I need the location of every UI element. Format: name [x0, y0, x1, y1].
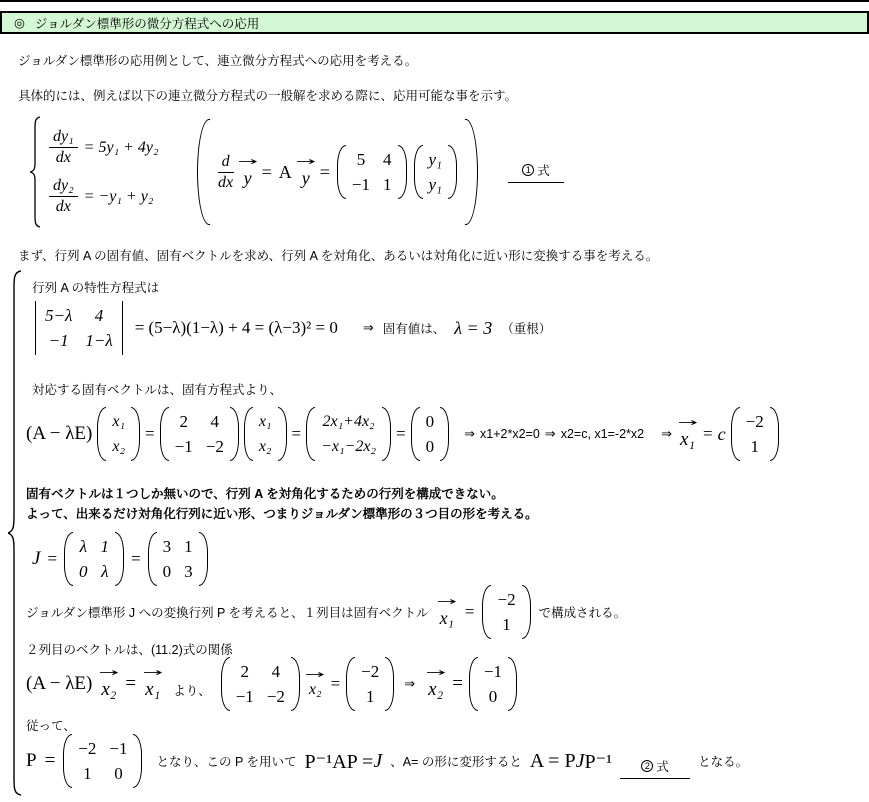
fraction-dy1-dx: dy₁ dx	[49, 128, 78, 167]
equals-sign: =	[396, 424, 406, 444]
matrix-grid: 5 4 −1 1	[346, 145, 398, 199]
equation-rhs: = −y₁ + y₂	[84, 188, 154, 206]
paren-left-icon	[414, 145, 423, 199]
implies-icon: ⇒	[661, 427, 672, 442]
determinant: 5−λ 4 −1 1−λ	[32, 301, 126, 355]
fraction-dy2-dx: dy₂ dx	[49, 177, 78, 216]
vector-x-components: x₁ x₂	[97, 407, 140, 461]
vector-cell: −2	[746, 409, 764, 434]
vector-arrow-icon: →	[426, 667, 446, 678]
solution-step: x1+2*x2=0	[480, 427, 540, 441]
constant-c: c	[718, 424, 726, 445]
ode-row-1: dy₁ dx = 5y₁ + 4y₂	[49, 128, 159, 167]
paren-right-icon	[770, 407, 779, 461]
paren-right-icon	[382, 407, 391, 461]
matrix-cell: 4	[383, 147, 392, 172]
matrix-cell: −2	[206, 434, 224, 459]
vector-y-components: y₁ y₁	[414, 145, 457, 199]
matrix-cell: 0	[163, 559, 172, 584]
equals-sign: =	[47, 549, 57, 569]
paren-left-icon	[97, 407, 106, 461]
paren-right-icon	[199, 532, 208, 586]
matrix-cell: 3	[163, 534, 172, 559]
jordan-form-row: J = λ 1 0 λ = 3 1 0 3	[32, 528, 208, 590]
equals-sign: =	[145, 424, 155, 444]
vector-cell: −x₁−2x₂	[321, 434, 376, 459]
paren-left-icon	[244, 407, 253, 461]
matrix-a-minus-lambda-e: 2 4 −1 −2	[221, 657, 300, 711]
matrix-cell: −2	[267, 684, 285, 709]
jordan-matrix-lambda: λ 1 0 λ	[64, 532, 124, 586]
derivation-section: 行列 A の特性方程式は 5−λ 4 −1 1−λ = (5−λ)(1−λ) +…	[8, 270, 861, 800]
vector-cell: x₁	[112, 409, 125, 434]
vector-base: x₁	[680, 429, 695, 450]
vector-x1: → x₁	[677, 417, 698, 451]
vector-base: x₂	[101, 679, 116, 700]
implies-icon: ⇒	[363, 321, 374, 336]
equals-sign: =	[331, 674, 341, 694]
paren-left-icon	[731, 407, 740, 461]
vector-base: x₁	[440, 608, 454, 628]
second-column-equation-row: (A − λE) → x₂ = → x₁ より、 2 4 −1 −2	[26, 652, 517, 716]
circled-number-icon: 2	[641, 760, 653, 772]
matrix-cell: 3	[184, 559, 193, 584]
equals-sign: =	[125, 673, 136, 695]
vector-cell: 2x₁+4x₂	[322, 409, 374, 434]
fraction-d-dx: d dx	[218, 153, 234, 192]
vector-arrow-icon: →	[237, 156, 257, 167]
vector-column: y₁ y₁	[423, 145, 448, 199]
vector-expression: 2x₁+4x₂ −x₁−2x₂	[306, 407, 391, 461]
matrix-cell: 2	[179, 409, 188, 434]
paren-right-icon	[385, 657, 394, 711]
matrix-symbol-A: A	[279, 162, 292, 183]
paren-right-icon	[278, 407, 287, 461]
equation-rhs: = 5y₁ + 4y₂	[84, 139, 159, 157]
top-border-line	[0, 0, 869, 2]
vector-x2: → x₂	[425, 667, 446, 701]
tonaru-text: となる。	[698, 752, 748, 770]
ode-system: dy₁ dx = 5y₁ + 4y₂ dy₂ dx = −y₁ + y₂	[49, 128, 159, 216]
matrix-A-values: 5 4 −1 1	[337, 145, 407, 199]
jordan-symbol-J: J	[373, 750, 382, 773]
vector-arrow-icon: →	[437, 596, 457, 607]
vector-x2: → x₂	[306, 669, 325, 699]
paragraph-method: まず、行列 A の固有値、固有ベクトルを求め、行列 A を対角化、あるいは対角化…	[18, 246, 658, 264]
paren-left-icon	[306, 407, 315, 461]
vector-cell: y₁	[429, 172, 442, 197]
matrix-grid: 2 4 −1 −2	[169, 407, 230, 461]
matrix-cell: 0	[79, 559, 88, 584]
matrix-a-minus-lambda-e: 2 4 −1 −2	[160, 407, 239, 461]
fraction-numerator: dy₂	[49, 177, 78, 197]
equation-label-2: 2 式	[620, 757, 690, 779]
label-suffix: 式	[537, 161, 550, 179]
vector-x1: → x₁	[437, 596, 457, 629]
vector-base: x₁	[145, 679, 160, 700]
paren-left-icon	[197, 119, 210, 225]
vector-base: y	[302, 168, 310, 188]
similarity-equation: P⁻¹AP = J	[305, 749, 383, 774]
matrix-cell: 5	[357, 147, 366, 172]
vector-column: −2 1	[491, 585, 521, 639]
paren-right-icon	[291, 657, 300, 711]
jordan-symbol-J: J	[32, 548, 40, 570]
paren-left-icon	[63, 734, 72, 788]
fraction-numerator: dy₁	[49, 128, 78, 148]
vector-arrow-icon: →	[296, 156, 316, 167]
paren-left-icon	[64, 532, 73, 586]
equals-sign: =	[703, 424, 713, 444]
equation-label-text: 2 式	[641, 757, 669, 775]
matrix-grid: 2 4 −1 −2	[230, 657, 291, 711]
vector-cell: 0	[426, 409, 435, 434]
eigenvector-inline: −2 1	[482, 585, 530, 639]
matrix-cell: 0	[114, 761, 123, 786]
solution-step: x2=c, x1=-2*x2	[561, 427, 644, 441]
system-equation-block: dy₁ dx = 5y₁ + 4y₂ dy₂ dx = −y₁ + y₂ d d…	[30, 114, 564, 230]
paragraph-example: 具体的には、例えば以下の連立微分方程式の一般解を求める際に、応用可能な事を示す。	[18, 86, 517, 104]
vector-base: x₂	[428, 679, 443, 700]
matrix-cell: 1−λ	[85, 328, 112, 353]
vector-base: y	[244, 168, 252, 188]
paren-left-icon	[148, 532, 157, 586]
zero-vector: 0 0	[411, 407, 450, 461]
bold-note: 固有ベクトルは１つしか無いので、行列 A を対角化するための行列を構成できない。…	[26, 484, 538, 524]
matrix-grid: λ 1 0 λ	[73, 532, 115, 586]
henkei-text: 、A= の形に変形すると	[390, 752, 522, 770]
matrix-cell: 4	[272, 659, 281, 684]
matrix-cell: 1	[184, 534, 193, 559]
vector-cell: x₂	[259, 434, 272, 459]
vector-y: → y	[299, 156, 313, 189]
matrix-cell: −1	[352, 172, 370, 197]
a-minus-lambda-e: (A − λE)	[26, 423, 92, 445]
jordan-symbol-J: J	[576, 750, 585, 773]
paren-right-icon	[398, 145, 407, 199]
implies-icon: ⇒	[545, 427, 556, 442]
vector-column: x₁ x₂	[106, 407, 131, 461]
p-symbol: P	[26, 750, 37, 772]
p-inverse: P⁻¹	[584, 749, 612, 774]
vector-column: 2x₁+4x₂ −x₁−2x₂	[315, 407, 382, 461]
determinant-expansion: = (5−λ)(1−λ) + 4 = (λ−3)² = 0	[135, 318, 338, 338]
vector-x2: → x₂	[98, 667, 119, 701]
equals-sign: =	[45, 750, 56, 772]
vector-arrow-icon: →	[99, 667, 119, 678]
matrix-cell: 1	[101, 534, 110, 559]
vector-cell: −2	[497, 587, 515, 612]
vector-column: x₁ x₂	[253, 407, 278, 461]
paren-right-icon	[230, 407, 239, 461]
yori-text: より、	[173, 681, 211, 699]
equals-sign: =	[452, 673, 463, 695]
equals-sign: =	[292, 424, 302, 444]
paren-right-icon	[522, 585, 531, 639]
matrix-cell: λ	[101, 559, 108, 584]
bold-note-line2: よって、出来るだけ対角化行列に近い形、つまりジョルダン標準形の３つ目の形を考える…	[26, 504, 538, 524]
vector-cell: 1	[750, 434, 759, 459]
equals-sign: =	[131, 549, 141, 569]
vector-column: −1 0	[478, 657, 508, 711]
vector-arrow-icon: →	[143, 667, 163, 678]
det-bar-icon	[122, 301, 123, 355]
matrix-cell: −1	[49, 328, 69, 353]
vector-cell: −1	[484, 659, 502, 684]
vector-cell: −2	[361, 659, 379, 684]
transform-text-pre: ジョルダン標準形 J への変換行列 P を考えると、１列目は固有ベクトル	[26, 603, 429, 621]
matrix-cell: 1	[83, 761, 92, 786]
matrix-grid: 3 1 0 3	[157, 532, 199, 586]
decomposition-equation: A = P J P⁻¹	[530, 749, 612, 774]
matrix-cell: −1	[175, 434, 193, 459]
vector-arrow-icon: →	[677, 417, 697, 428]
matrix-cell: λ	[80, 534, 87, 559]
text-characteristic: 行列 A の特性方程式は	[32, 278, 159, 296]
paren-left-icon	[337, 145, 346, 199]
paren-right-icon	[508, 657, 517, 711]
paren-right-icon	[440, 407, 449, 461]
text-eigenvector: 対応する固有ベクトルは、固有方程式より、	[32, 380, 282, 398]
implies-icon: ⇒	[464, 427, 475, 442]
paren-left-icon	[411, 407, 420, 461]
vector-column: −2 1	[740, 407, 770, 461]
jordan-matrix-values: 3 1 0 3	[148, 532, 208, 586]
section-brace-icon	[8, 270, 24, 796]
implies-icon: ⇒	[404, 677, 415, 692]
header-bullet-icon: ◎	[14, 15, 25, 30]
characteristic-equation-row: 5−λ 4 −1 1−λ = (5−λ)(1−λ) + 4 = (λ−3)² =…	[32, 296, 551, 360]
fraction-numerator: d	[218, 153, 234, 173]
vector-cell: 0	[426, 434, 435, 459]
ode-row-2: dy₂ dx = −y₁ + y₂	[49, 177, 159, 216]
paren-right-icon	[465, 119, 478, 225]
eigenvalue-result: λ = 3	[454, 318, 492, 339]
bold-note-line1: 固有ベクトルは１つしか無いので、行列 A を対角化するための行列を構成できない。	[26, 484, 538, 504]
matrix-cell: −2	[78, 736, 96, 761]
eigenvalue-text: 固有値は、	[383, 319, 446, 337]
vector-cell: x₁	[259, 409, 272, 434]
transform-text-post: で構成される。	[539, 603, 627, 621]
equals-sign: =	[465, 602, 475, 622]
paren-left-icon	[469, 657, 478, 711]
circled-number-icon: 1	[522, 164, 534, 176]
equation-label-text: 1 式	[522, 161, 550, 179]
matrix-grid: 5−λ 4 −1 1−λ	[39, 301, 119, 355]
paren-left-icon	[160, 407, 169, 461]
matrix-cell: 2	[241, 659, 250, 684]
vector-cell: 0	[489, 684, 498, 709]
label-suffix: 式	[656, 757, 669, 775]
header-bar: ◎ ジョルダン標準形の微分方程式への応用	[0, 11, 869, 34]
underline	[508, 182, 564, 183]
transform-paragraph: ジョルダン標準形 J への変換行列 P を考えると、１列目は固有ベクトル → x…	[26, 586, 626, 658]
tonari-text: となり、この P を用いて	[156, 752, 296, 770]
paren-left-icon	[346, 657, 355, 711]
p-matrix-row: P = −2 −1 1 0 となり、この P を用いて P⁻¹AP = J 、A…	[26, 726, 748, 796]
matrix-grid: −2 −1 1 0	[72, 734, 133, 788]
paren-right-icon	[115, 532, 124, 586]
matrix-cell: 1	[383, 172, 392, 197]
fraction-denominator: dx	[56, 148, 71, 167]
equals-sign: =	[320, 162, 330, 183]
a-equals-p: A = P	[530, 750, 576, 773]
system-brace-icon	[30, 116, 43, 228]
paren-right-icon	[133, 734, 142, 788]
matrix-cell: −1	[109, 736, 127, 761]
paragraph-intro: ジョルダン標準形の応用例として、連立微分方程式への応用を考える。	[18, 51, 417, 69]
vector-form-equation: d dx → y = A → y = 5 4 −1 1	[210, 145, 465, 199]
matrix-cell: −1	[236, 684, 254, 709]
matrix-cell: 5−λ	[45, 303, 72, 328]
vector-x2-result: −1 0	[469, 657, 517, 711]
vector-x1: → x₁	[142, 667, 163, 701]
matrix-cell: 4	[95, 303, 104, 328]
document-page: ◎ ジョルダン標準形の微分方程式への応用 ジョルダン標準形の応用例として、連立微…	[0, 0, 869, 802]
vector-base: x₂	[309, 681, 322, 698]
paren-left-icon	[482, 585, 491, 639]
vector-cell: x₂	[112, 434, 125, 459]
vector-arrow-icon: →	[305, 669, 325, 680]
paren-right-icon	[131, 407, 140, 461]
matrix-P: −2 −1 1 0	[63, 734, 142, 788]
vector-y: → y	[241, 156, 255, 189]
eigenvector-result: −2 1	[731, 407, 779, 461]
fraction-denominator: dx	[56, 197, 71, 216]
vector-cell: 1	[366, 684, 375, 709]
eigenvector-equation-row: (A − λE) x₁ x₂ = 2 4 −1 −2	[26, 398, 779, 470]
vector-cell: 1	[502, 612, 511, 637]
paren-left-icon	[221, 657, 230, 711]
vector-x-components: x₁ x₂	[244, 407, 287, 461]
vector-column: 0 0	[420, 407, 441, 461]
equation-label-1: 1 式	[508, 161, 564, 183]
p-inverse-ap: P⁻¹AP =	[305, 749, 374, 774]
paren-right-icon	[448, 145, 457, 199]
matrix-cell: 4	[211, 409, 220, 434]
equals-sign: =	[262, 162, 272, 183]
vector-column: −2 1	[355, 657, 385, 711]
multiplicity-note: （重根）	[501, 319, 551, 337]
a-minus-lambda-e: (A − λE)	[26, 673, 92, 695]
vector-x1-values: −2 1	[346, 657, 394, 711]
page-title: ジョルダン標準形の微分方程式への応用	[35, 14, 259, 32]
transform-paragraph-line1: ジョルダン標準形 J への変換行列 P を考えると、１列目は固有ベクトル → x…	[26, 586, 626, 638]
vector-cell: y₁	[429, 147, 442, 172]
fraction-denominator: dx	[218, 173, 233, 192]
det-bar-icon	[35, 301, 36, 355]
underline	[620, 778, 690, 779]
